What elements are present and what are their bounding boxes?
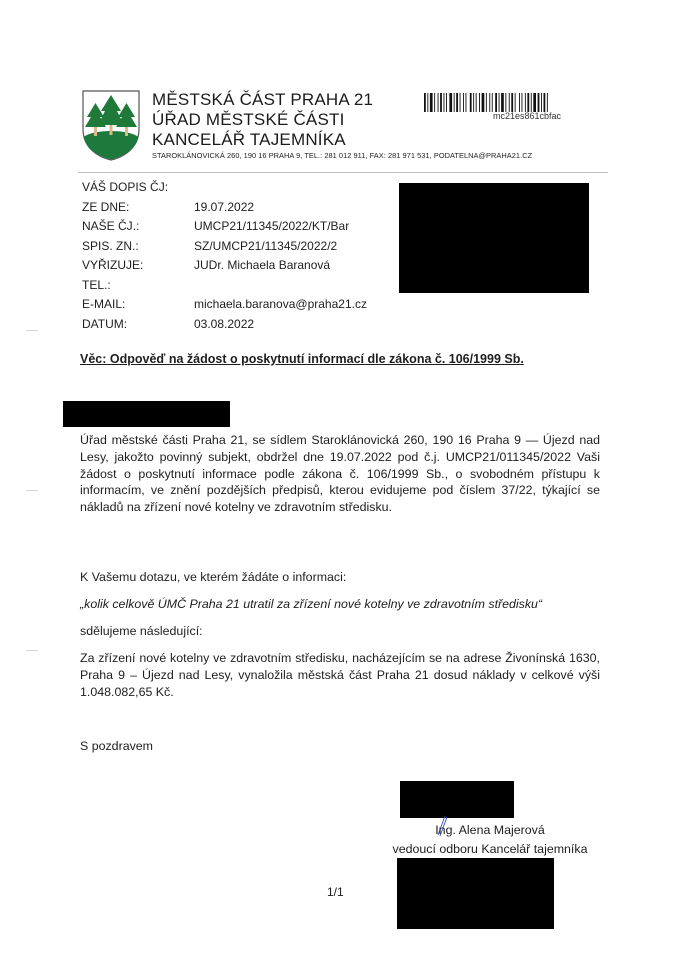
reference-value: 19.07.2022 [194, 198, 254, 218]
reference-value: SZ/UMCP21/11345/2022/2 [194, 237, 337, 257]
body-paragraph-intro: Úřad městské části Praha 21, se sídlem S… [80, 432, 600, 516]
reference-row: DATUM:03.08.2022 [82, 315, 367, 335]
barcode-icon [424, 93, 561, 112]
reference-label: DATUM: [82, 315, 194, 335]
body-paragraph-answer: Za zřízení nové kotelny ve zdravotním st… [80, 650, 600, 700]
header-divider [78, 172, 608, 173]
closing-greeting: S pozdravem [80, 739, 153, 753]
signatory-role: vedoucí odboru Kancelář tajemníka [300, 842, 678, 856]
org-name-line-1: MĚSTSKÁ ČÁST PRAHA 21 [152, 90, 373, 110]
reference-row: NAŠE ČJ.:UMCP21/11345/2022/KT/Bar [82, 217, 367, 237]
redacted-recipient-address [399, 183, 589, 293]
barcode-text: mc21es861cbfac [424, 111, 561, 121]
margin-mark [26, 330, 38, 331]
reference-row: VÁŠ DOPIS ČJ: [82, 178, 367, 198]
margin-mark [26, 650, 38, 651]
page-number: 1/1 [327, 885, 344, 899]
body-paragraph-quote: „kolik celkově ÚMČ Praha 21 utratil za z… [80, 596, 600, 613]
body-paragraph-request: K Vašemu dotazu, ve kterém žádáte o info… [80, 569, 600, 586]
reference-row: E-MAIL:michaela.baranova@praha21.cz [82, 295, 367, 315]
org-name-line-3: KANCELÁŘ TAJEMNÍKA [152, 130, 346, 150]
redacted-signature [400, 781, 514, 818]
reference-row: SPIS. ZN.:SZ/UMCP21/11345/2022/2 [82, 237, 367, 257]
reference-row: TEL.: [82, 276, 367, 296]
reference-label: ZE DNE: [82, 198, 194, 218]
reference-value: 03.08.2022 [194, 315, 254, 335]
reference-label: VYŘIZUJE: [82, 256, 194, 276]
reference-label: NAŠE ČJ.: [82, 217, 194, 237]
redacted-stamp [397, 858, 554, 929]
reference-label: VÁŠ DOPIS ČJ: [82, 178, 194, 198]
redacted-salutation [63, 401, 230, 427]
reference-value: JUDr. Michaela Baranová [194, 256, 330, 276]
reference-row: ZE DNE:19.07.2022 [82, 198, 367, 218]
signatory-name: Ing. Alena Majerová [320, 823, 660, 837]
org-name-line-2: ÚŘAD MĚSTSKÉ ČÁSTI [152, 110, 345, 130]
reference-label: E-MAIL: [82, 295, 194, 315]
reference-label: TEL.: [82, 276, 194, 296]
coat-of-arms-icon [81, 89, 141, 161]
reference-value: UMCP21/11345/2022/KT/Bar [194, 217, 349, 237]
org-address: STAROKLÁNOVICKÁ 260, 190 16 PRAHA 9, TEL… [152, 151, 532, 160]
reference-block: VÁŠ DOPIS ČJ:ZE DNE:19.07.2022NAŠE ČJ.:U… [82, 178, 367, 334]
reference-label: SPIS. ZN.: [82, 237, 194, 257]
margin-mark [26, 490, 38, 491]
reference-row: VYŘIZUJE:JUDr. Michaela Baranová [82, 256, 367, 276]
reference-value: michaela.baranova@praha21.cz [194, 295, 367, 315]
letter-subject: Věc: Odpověď na žádost o poskytnutí info… [80, 352, 524, 366]
body-paragraph-response-lead: sdělujeme následující: [80, 623, 600, 640]
